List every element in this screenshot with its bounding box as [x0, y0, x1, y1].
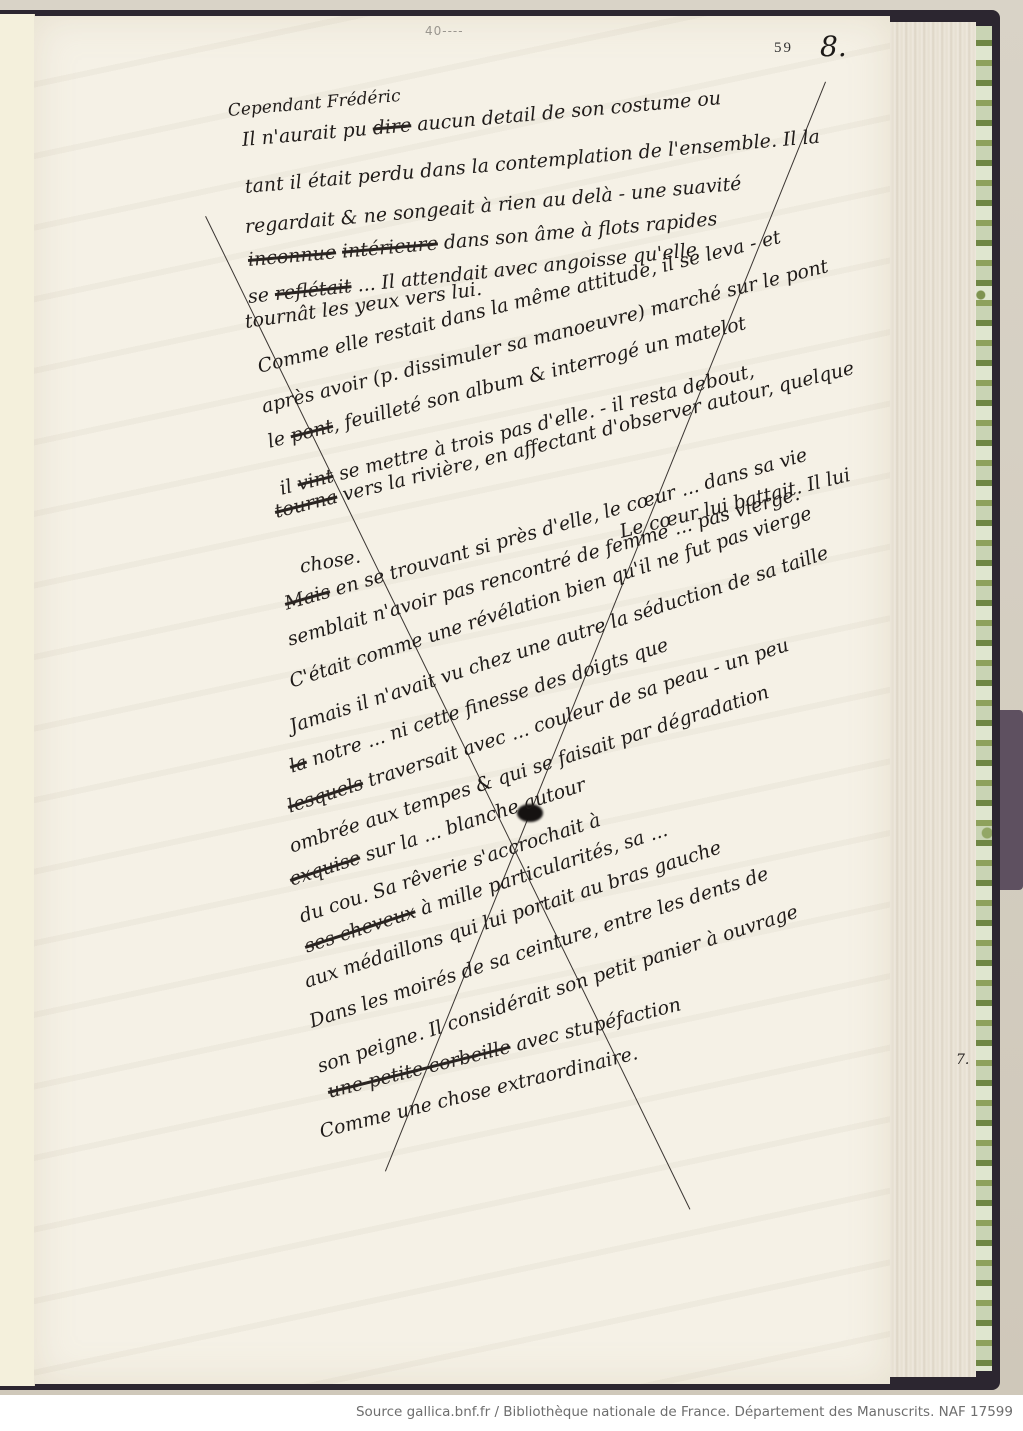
pencil-folio-number: 40---- [425, 24, 464, 38]
manuscript-page: 40---- 59 8. Cependant FrédéricIl n'aura… [34, 16, 890, 1384]
manuscript-line: Cependant Frédéric [227, 86, 401, 121]
ink-folio-number: 8. [820, 30, 847, 63]
marbled-endpaper [976, 26, 992, 1371]
page-edge-mark: 7. [956, 1052, 969, 1068]
source-credit: Source gallica.bnf.fr / Bibliothèque nat… [356, 1404, 1013, 1420]
footer-bar: Source gallica.bnf.fr / Bibliothèque nat… [0, 1395, 1023, 1431]
cover-tab [1000, 710, 1023, 890]
manuscript-line: semblait n'avoir pas rencontré de femme … [285, 483, 802, 651]
page-stack-edge [890, 22, 976, 1377]
facing-page-edge [0, 14, 35, 1386]
printed-folio-number: 59 [774, 40, 793, 57]
